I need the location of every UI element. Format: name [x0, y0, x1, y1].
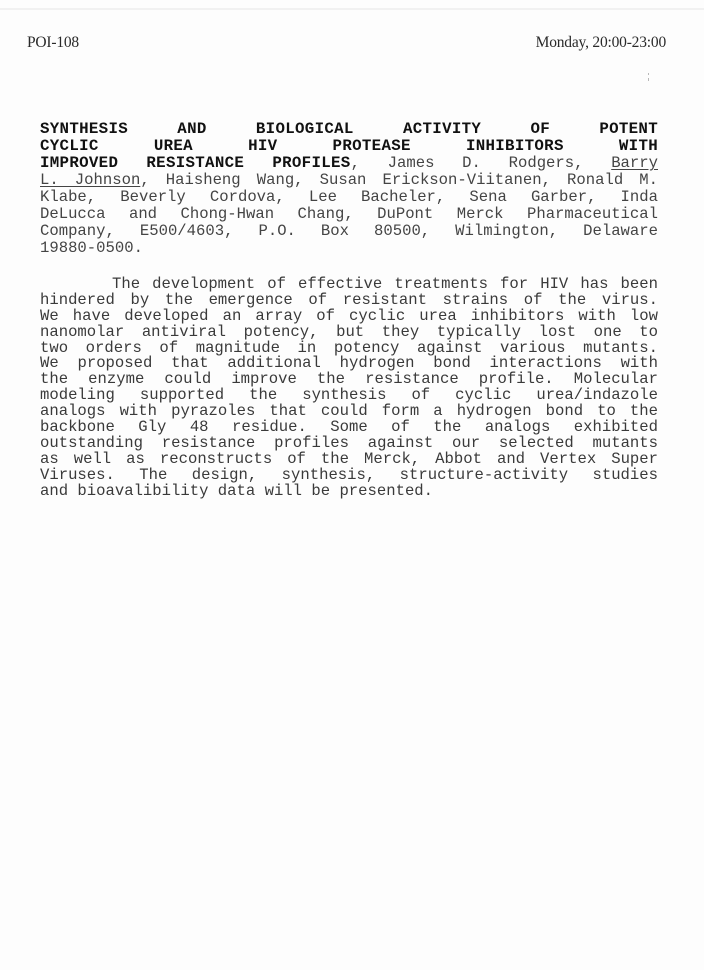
- abstract-body: The development of effective treatments …: [40, 277, 658, 499]
- affiliation-line: Company, E500/4603, P.O. Box 80500, Wilm…: [40, 223, 658, 240]
- presenting-author: L. Johnson: [40, 171, 140, 189]
- title-line: SYNTHESIS AND BIOLOGICAL ACTIVITY OF POT…: [40, 121, 658, 138]
- title-line: CYCLIC UREA HIV PROTEASE INHIBITORS WITH: [40, 138, 658, 155]
- title-text: SYNTHESIS AND BIOLOGICAL ACTIVITY OF POT…: [40, 120, 658, 138]
- scan-artifact: [0, 8, 704, 10]
- scan-speck: [648, 73, 649, 75]
- presenting-author: Barry: [611, 154, 658, 172]
- abstract-line: and bioavalibility data will be presente…: [40, 484, 658, 500]
- affiliation-line: DeLucca and Chong-Hwan Chang, DuPont Mer…: [40, 206, 658, 223]
- scan-speck: [648, 78, 649, 81]
- affiliation-text: 19880-0500.: [40, 239, 143, 257]
- scanned-page: POI-108 Monday, 20:00-23:00 SYNTHESIS AN…: [0, 0, 704, 970]
- title-text: IMPROVED RESISTANCE PROFILES: [40, 154, 351, 172]
- author-line: L. Johnson, Haisheng Wang, Susan Erickso…: [40, 172, 658, 189]
- session-time: Monday, 20:00-23:00: [536, 34, 666, 52]
- title-line: IMPROVED RESISTANCE PROFILES, James D. R…: [40, 155, 658, 172]
- abstract-text: and bioavalibility data will be presente…: [40, 482, 433, 500]
- affiliation-text: Company, E500/4603, P.O. Box 80500, Wilm…: [40, 222, 658, 240]
- title-text: CYCLIC UREA HIV PROTEASE INHIBITORS WITH: [40, 137, 658, 155]
- author-text: , James D. Rodgers,: [351, 154, 612, 172]
- author-text: , Haisheng Wang, Susan Erickson-Viitanen…: [140, 171, 658, 189]
- author-line: Klabe, Beverly Cordova, Lee Bacheler, Se…: [40, 189, 658, 206]
- title-author-block: SYNTHESIS AND BIOLOGICAL ACTIVITY OF POT…: [40, 121, 658, 257]
- affiliation-line: 19880-0500.: [40, 240, 658, 257]
- affiliation-text: DeLucca and Chong-Hwan Chang, DuPont Mer…: [40, 205, 658, 223]
- author-text: Klabe, Beverly Cordova, Lee Bacheler, Se…: [40, 188, 658, 206]
- session-code: POI-108: [27, 34, 79, 52]
